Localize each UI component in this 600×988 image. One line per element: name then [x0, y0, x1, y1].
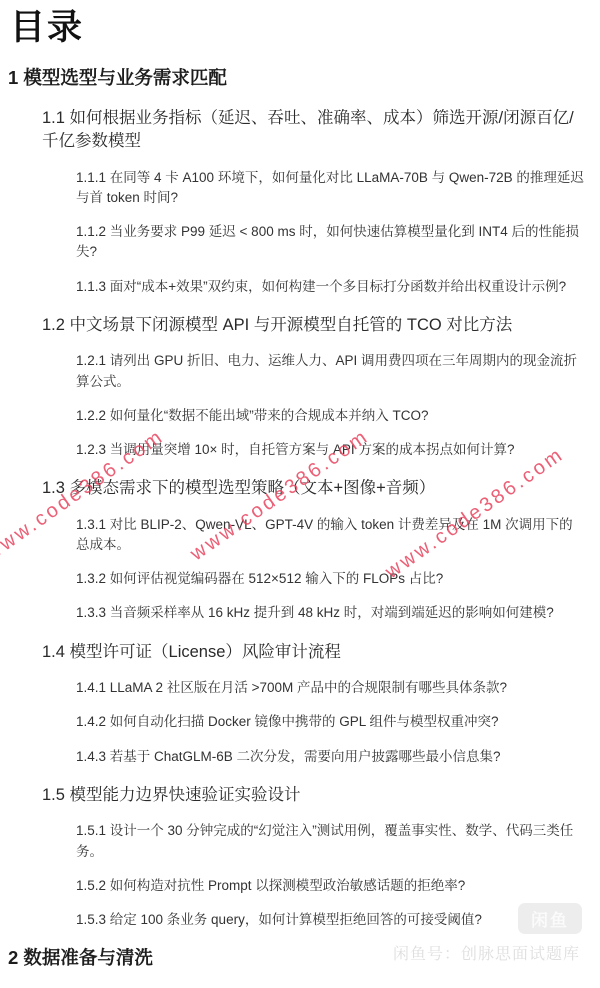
toc-subsection-heading: 1.5 模型能力边界快速验证实验设计 — [42, 784, 588, 807]
toc-question-item: 1.4.1 LLaMA 2 社区版在月活 >700M 产品中的合规限制有哪些具体… — [76, 678, 584, 698]
toc-subsection-heading: 1.4 模型许可证（License）风险审计流程 — [42, 641, 588, 664]
page-title: 目录 — [10, 6, 600, 50]
toc-question-item: 1.1.1 在同等 4 卡 A100 环境下，如何量化对比 LLaMA-70B … — [76, 168, 584, 209]
toc-question-item: 1.4.3 若基于 ChatGLM-6B 二次分发，需要向用户披露哪些最小信息集… — [76, 747, 584, 767]
toc-question-item: 1.2.3 当调用量突增 10× 时，自托管方案与 API 方案的成本拐点如何计… — [76, 440, 584, 460]
toc-question-item: 1.2.1 请列出 GPU 折旧、电力、运维人力、API 调用费四项在三年周期内… — [76, 351, 584, 392]
toc-question-item: 1.1.3 面对“成本+效果”双约束，如何构建一个多目标打分函数并给出权重设计示… — [76, 277, 584, 297]
toc-question-item: 1.5.1 设计一个 30 分钟完成的“幻觉注入”测试用例，覆盖事实性、数学、代… — [76, 821, 584, 862]
toc-question-item: 1.3.3 当音频采样率从 16 kHz 提升到 48 kHz 时，对端到端延迟… — [76, 603, 584, 623]
toc-question-item: 1.5.2 如何构造对抗性 Prompt 以探测模型政治敏感话题的拒绝率? — [76, 876, 584, 896]
document-page: 目录 1 模型选型与业务需求匹配1.1 如何根据业务指标（延迟、吞吐、准确率、成… — [0, 0, 600, 988]
toc-question-item: 1.1.2 当业务要求 P99 延迟 < 800 ms 时，如何快速估算模型量化… — [76, 222, 584, 263]
toc-subsection-heading: 1.1 如何根据业务指标（延迟、吞吐、准确率、成本）筛选开源/闭源百亿/千亿参数… — [42, 107, 588, 154]
table-of-contents: 1 模型选型与业务需求匹配1.1 如何根据业务指标（延迟、吞吐、准确率、成本）筛… — [0, 66, 600, 971]
toc-question-item: 1.3.2 如何评估视觉编码器在 512×512 输入下的 FLOPs 占比? — [76, 569, 584, 589]
toc-question-item: 1.4.2 如何自动化扫描 Docker 镜像中携带的 GPL 组件与模型权重冲… — [76, 712, 584, 732]
toc-subsection-heading: 1.2 中文场景下闭源模型 API 与开源模型自托管的 TCO 对比方法 — [42, 314, 588, 337]
toc-question-item: 1.5.3 给定 100 条业务 query，如何计算模型拒绝回答的可接受阈值? — [76, 910, 584, 930]
toc-section-heading: 1 模型选型与业务需求匹配 — [8, 66, 586, 90]
toc-question-item: 1.2.2 如何量化“数据不能出域”带来的合规成本并纳入 TCO? — [76, 406, 584, 426]
toc-subsection-heading: 1.3 多模态需求下的模型选型策略（文本+图像+音频） — [42, 477, 588, 500]
toc-section-heading: 2 数据准备与清洗 — [8, 946, 586, 970]
toc-question-item: 1.3.1 对比 BLIP-2、Qwen-VL、GPT-4V 的输入 token… — [76, 515, 584, 556]
